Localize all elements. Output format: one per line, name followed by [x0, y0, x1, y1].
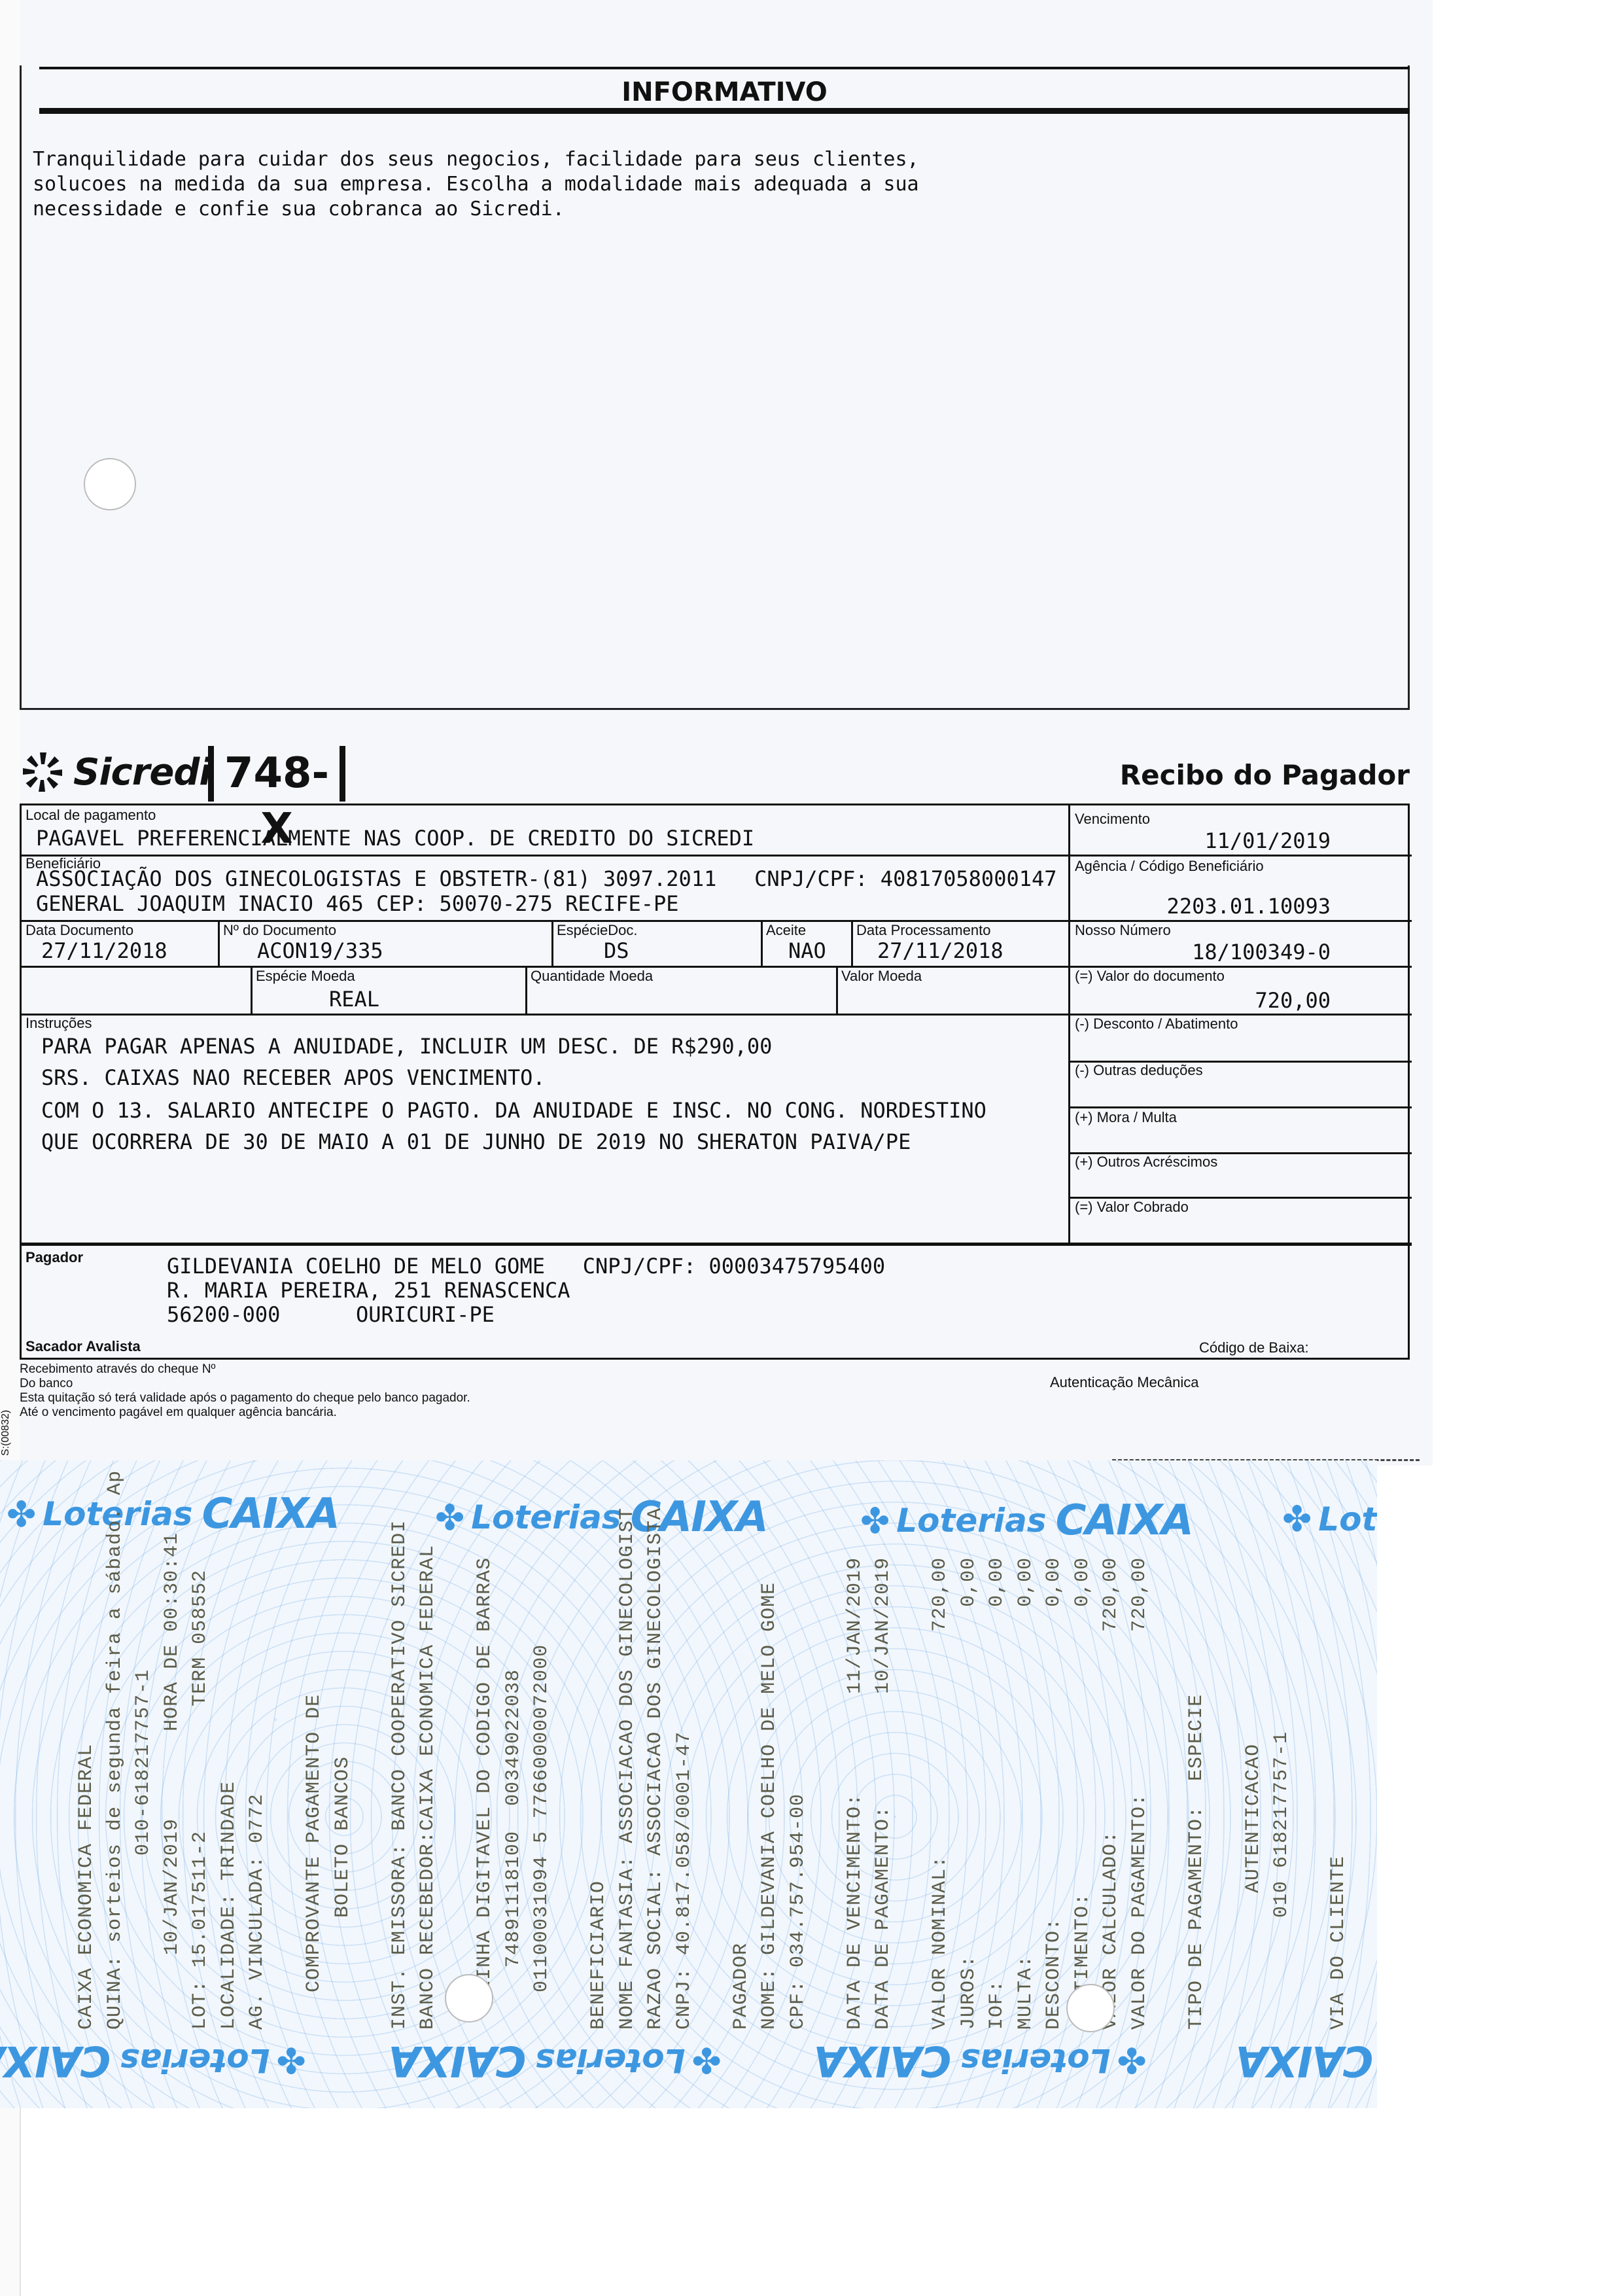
codigo-baixa-label: Código de Baixa: [1199, 1341, 1309, 1355]
receipt-line: 01100031094 5 77660000072000 [531, 1644, 553, 2030]
instrucao-line: SRS. CAIXAS NAO RECEBER APOS VENCIMENTO. [41, 1067, 546, 1088]
local-pagamento-value: PAGAVEL PREFERENCIALMENTE NAS COOP. DE C… [36, 828, 754, 849]
clover-icon: ✤ [435, 1497, 464, 1538]
receipt-line: NOME FANTASIA: ASSOCIACAO DOS GINECOLOGI… [616, 1508, 638, 2030]
nosso-numero-value: 18/100349-0 [1192, 942, 1331, 963]
instrucao-line: COM O 13. SALARIO ANTECIPE O PAGTO. DA A… [41, 1100, 986, 1121]
bank-code: 748-X [208, 746, 345, 802]
agencia-codigo-value: 2203.01.10093 [1167, 896, 1331, 917]
receipt-line: QUINA: sorteios de segunda feira a sábad… [104, 1470, 126, 2030]
loterias-caixa-logo: CAIXA [1236, 2036, 1377, 2085]
numero-documento-value: ACON19/335 [257, 940, 383, 961]
valor-documento-value: 720,00 [1255, 990, 1331, 1011]
desconto-label: (-) Desconto / Abatimento [1075, 1017, 1238, 1031]
informativo-title: INFORMATIVO [39, 77, 1410, 107]
lottery-receipt: ✤ Loterias CAIXA ✤ Loterias CAIXA ✤ Lote… [0, 1460, 1377, 2108]
receipt-line: DATA DE PAGAMENTO: 10/JAN/2019 [872, 1557, 894, 2030]
clover-icon: ✤ [692, 2040, 722, 2081]
receipt-line: NOME: GILDEVANIA COELHO DE MELO GOME [758, 1582, 780, 2030]
receipt-line: VALOR NOMINAL: 720,00 [929, 1557, 951, 2030]
loterias-caixa-logo: ✤ Loterias CAIXA [814, 2036, 1147, 2085]
numero-documento-label: Nº do Documento [223, 923, 336, 938]
clover-icon: ✤ [7, 1494, 36, 1535]
pagador-label: Pagador [26, 1250, 83, 1265]
sacador-avalista-label: Sacador Avalista [26, 1339, 141, 1354]
footer-line: Até o vencimento pagável em qualquer agê… [20, 1405, 470, 1420]
pagador-line1: GILDEVANIA COELHO DE MELO GOME CNPJ/CPF:… [167, 1256, 885, 1277]
mora-multa-label: (+) Mora / Multa [1075, 1110, 1177, 1125]
side-code: S:(00832) [0, 1410, 12, 1456]
agencia-codigo-label: Agência / Código Beneficiário [1075, 859, 1264, 874]
divider [851, 920, 853, 966]
data-processamento-value: 27/11/2018 [877, 940, 1003, 961]
divider [551, 920, 553, 966]
receipt-line: DATA DE VENCIMENTO: 11/JAN/2019 [844, 1557, 866, 2030]
receipt-line: JUROS: 0,00 [958, 1557, 980, 2030]
receipt-line: LINHA DIGITAVEL DO CODIGO DE BARRAS [474, 1557, 496, 2030]
receipt-line: BENEFICIARIO [587, 1881, 610, 2030]
receipt-line: CNPJ: 40.817.058/0001-47 [673, 1731, 695, 2030]
loterias-caixa-logo: ✤ Loterias CAIXA [860, 1496, 1193, 1545]
especie-doc-value: DS [604, 940, 629, 961]
clover-icon: ✤ [277, 2040, 306, 2081]
divider [1068, 1106, 1412, 1108]
receipt-line: LOCALIDADE: TRINDADE [218, 1781, 240, 2030]
loterias-caixa-logo: ✤ Loterias CAIXA [0, 2036, 306, 2085]
receipt-line: 10/JAN/2019 HORA DE 00:30:41 [161, 1532, 183, 2030]
divider [22, 855, 1412, 857]
divider [218, 920, 220, 966]
local-pagamento-label: Local de pagamento [26, 808, 156, 822]
receipt-line: COMPROVANTE PAGAMENTO DE [303, 1694, 325, 2030]
receipt-line: IOF: 0,00 [986, 1557, 1008, 2030]
instrucao-line: QUE OCORRERA DE 30 DE MAIO A 01 DE JUNHO… [41, 1131, 911, 1152]
loterias-caixa-logo: ✤ Loterias CAIXA [389, 2036, 722, 2085]
receipt-line: RAZAO SOCIAL: ASSOCIACAO DOS GINECOLOGIS… [644, 1508, 667, 2030]
clover-icon: ✤ [860, 1500, 890, 1542]
instrucoes-label: Instruções [26, 1016, 92, 1031]
punch-hole [445, 1974, 493, 2022]
especie-doc-label: EspécieDoc. [557, 923, 638, 938]
divider [836, 966, 838, 1014]
especie-moeda-value: REAL [329, 989, 379, 1010]
divider [22, 1243, 1412, 1246]
punch-hole [84, 458, 136, 510]
clover-icon: ✤ [1117, 2040, 1147, 2081]
loterias-caixa-logo: ✤ Loterias CAIXA [435, 1493, 767, 1542]
boleto-form: Local de pagamento PAGAVEL PREFERENCIALM… [20, 804, 1410, 1360]
receipt-line: 010 618217757-1 [1270, 1731, 1293, 2030]
pagador-line3: 56200-000 OURICURI-PE [167, 1304, 495, 1325]
receipt-line: AUTENTICACAO [1242, 1744, 1265, 2030]
aceite-value: NAO [788, 940, 826, 961]
receipt-line: LOT: 15.017511-2 TERM 058552 [189, 1570, 211, 2030]
divider [525, 966, 527, 1014]
footer-line: Do banco [20, 1377, 470, 1391]
receipt-line: VALOR CALCULADO: 720,00 [1100, 1557, 1122, 2030]
autenticacao-mecanica-label: Autenticação Mecânica [1050, 1374, 1198, 1391]
aceite-label: Aceite [766, 923, 806, 938]
footer-notes: Recebimento através do cheque Nº Do banc… [20, 1362, 470, 1420]
vencimento-label: Vencimento [1075, 812, 1150, 826]
footer-line: Recebimento através do cheque Nº [20, 1362, 470, 1377]
data-documento-value: 27/11/2018 [41, 940, 167, 961]
outros-acrescimos-label: (+) Outros Acréscimos [1075, 1155, 1217, 1169]
receipt-line: INST. EMISSORA: BANCO COOPERATIVO SICRED… [389, 1520, 411, 2030]
informativo-text: Tranquilidade para cuidar dos seus negoc… [33, 147, 919, 222]
especie-moeda-label: Espécie Moeda [256, 969, 355, 983]
beneficiario-line1: ASSOCIAÇÃO DOS GINECOLOGISTAS E OBSTETR-… [36, 868, 1057, 889]
receipt-line: CPF: 034.757.954-00 [787, 1793, 809, 2030]
receipt-line: AG. VINCULADA: 0772 [246, 1793, 268, 2030]
valor-moeda-label: Valor Moeda [841, 969, 922, 983]
vencimento-value: 11/01/2019 [1204, 830, 1331, 851]
pagador-line2: R. MARIA PEREIRA, 251 RENASCENCA [167, 1280, 570, 1301]
receipt-line: VIA DO CLIENTE [1327, 1856, 1350, 2030]
divider [1068, 805, 1070, 1244]
data-processamento-label: Data Processamento [856, 923, 990, 938]
instrucao-line: PARA PAGAR APENAS A ANUIDADE, INCLUIR UM… [41, 1036, 772, 1057]
bank-name: Sicredi [73, 751, 211, 794]
sicredi-logo: Sicredi [20, 743, 211, 802]
sicredi-pinwheel-icon [20, 749, 65, 795]
receipt-line: BANCO RECEBEDOR:CAIXA ECONOMICA FEDERAL [417, 1545, 439, 2030]
receipt-line: PAGADOR [730, 1943, 752, 2030]
footer-line: Esta quitação só terá validade após o pa… [20, 1391, 470, 1405]
beneficiario-line2: GENERAL JOAQUIM INACIO 465 CEP: 50070-27… [36, 893, 679, 914]
outras-deducoes-label: (-) Outras deduções [1075, 1063, 1203, 1078]
data-documento-label: Data Documento [26, 923, 133, 938]
punch-hole [1066, 1984, 1115, 2032]
quantidade-moeda-label: Quantidade Moeda [531, 969, 653, 983]
receipt-line: MULTA: 0,00 [1015, 1557, 1037, 2030]
receipt-line: DESCONTO: 0,00 [1043, 1557, 1065, 2030]
receipt-line: VALOR DO PAGAMENTO: 720,00 [1128, 1557, 1151, 2030]
divider [761, 920, 763, 966]
valor-cobrado-label: (=) Valor Cobrado [1075, 1200, 1189, 1214]
receipt-line: ABATIMENTO: 0,00 [1072, 1557, 1094, 2030]
clover-icon: ✤ [1282, 1498, 1312, 1540]
receipt-line: 74891118100 00349022038 [502, 1669, 525, 2030]
nosso-numero-label: Nosso Número [1075, 923, 1171, 938]
receipt-line: BOLETO BANCOS [332, 1756, 354, 2030]
valor-documento-label: (=) Valor do documento [1075, 969, 1225, 983]
receipt-title: Recibo do Pagador [1120, 759, 1410, 791]
loterias-caixa-logo: ✤ Loterias [1282, 1498, 1377, 1540]
divider [251, 966, 253, 1014]
receipt-line: 010-618217757-1 [132, 1669, 154, 2030]
receipt-line: TIPO DE PAGAMENTO: ESPECIE [1185, 1694, 1208, 2030]
loterias-caixa-logo: ✤ Loterias CAIXA [7, 1490, 339, 1538]
receipt-line: CAIXA ECONOMICA FEDERAL [75, 1744, 97, 2030]
